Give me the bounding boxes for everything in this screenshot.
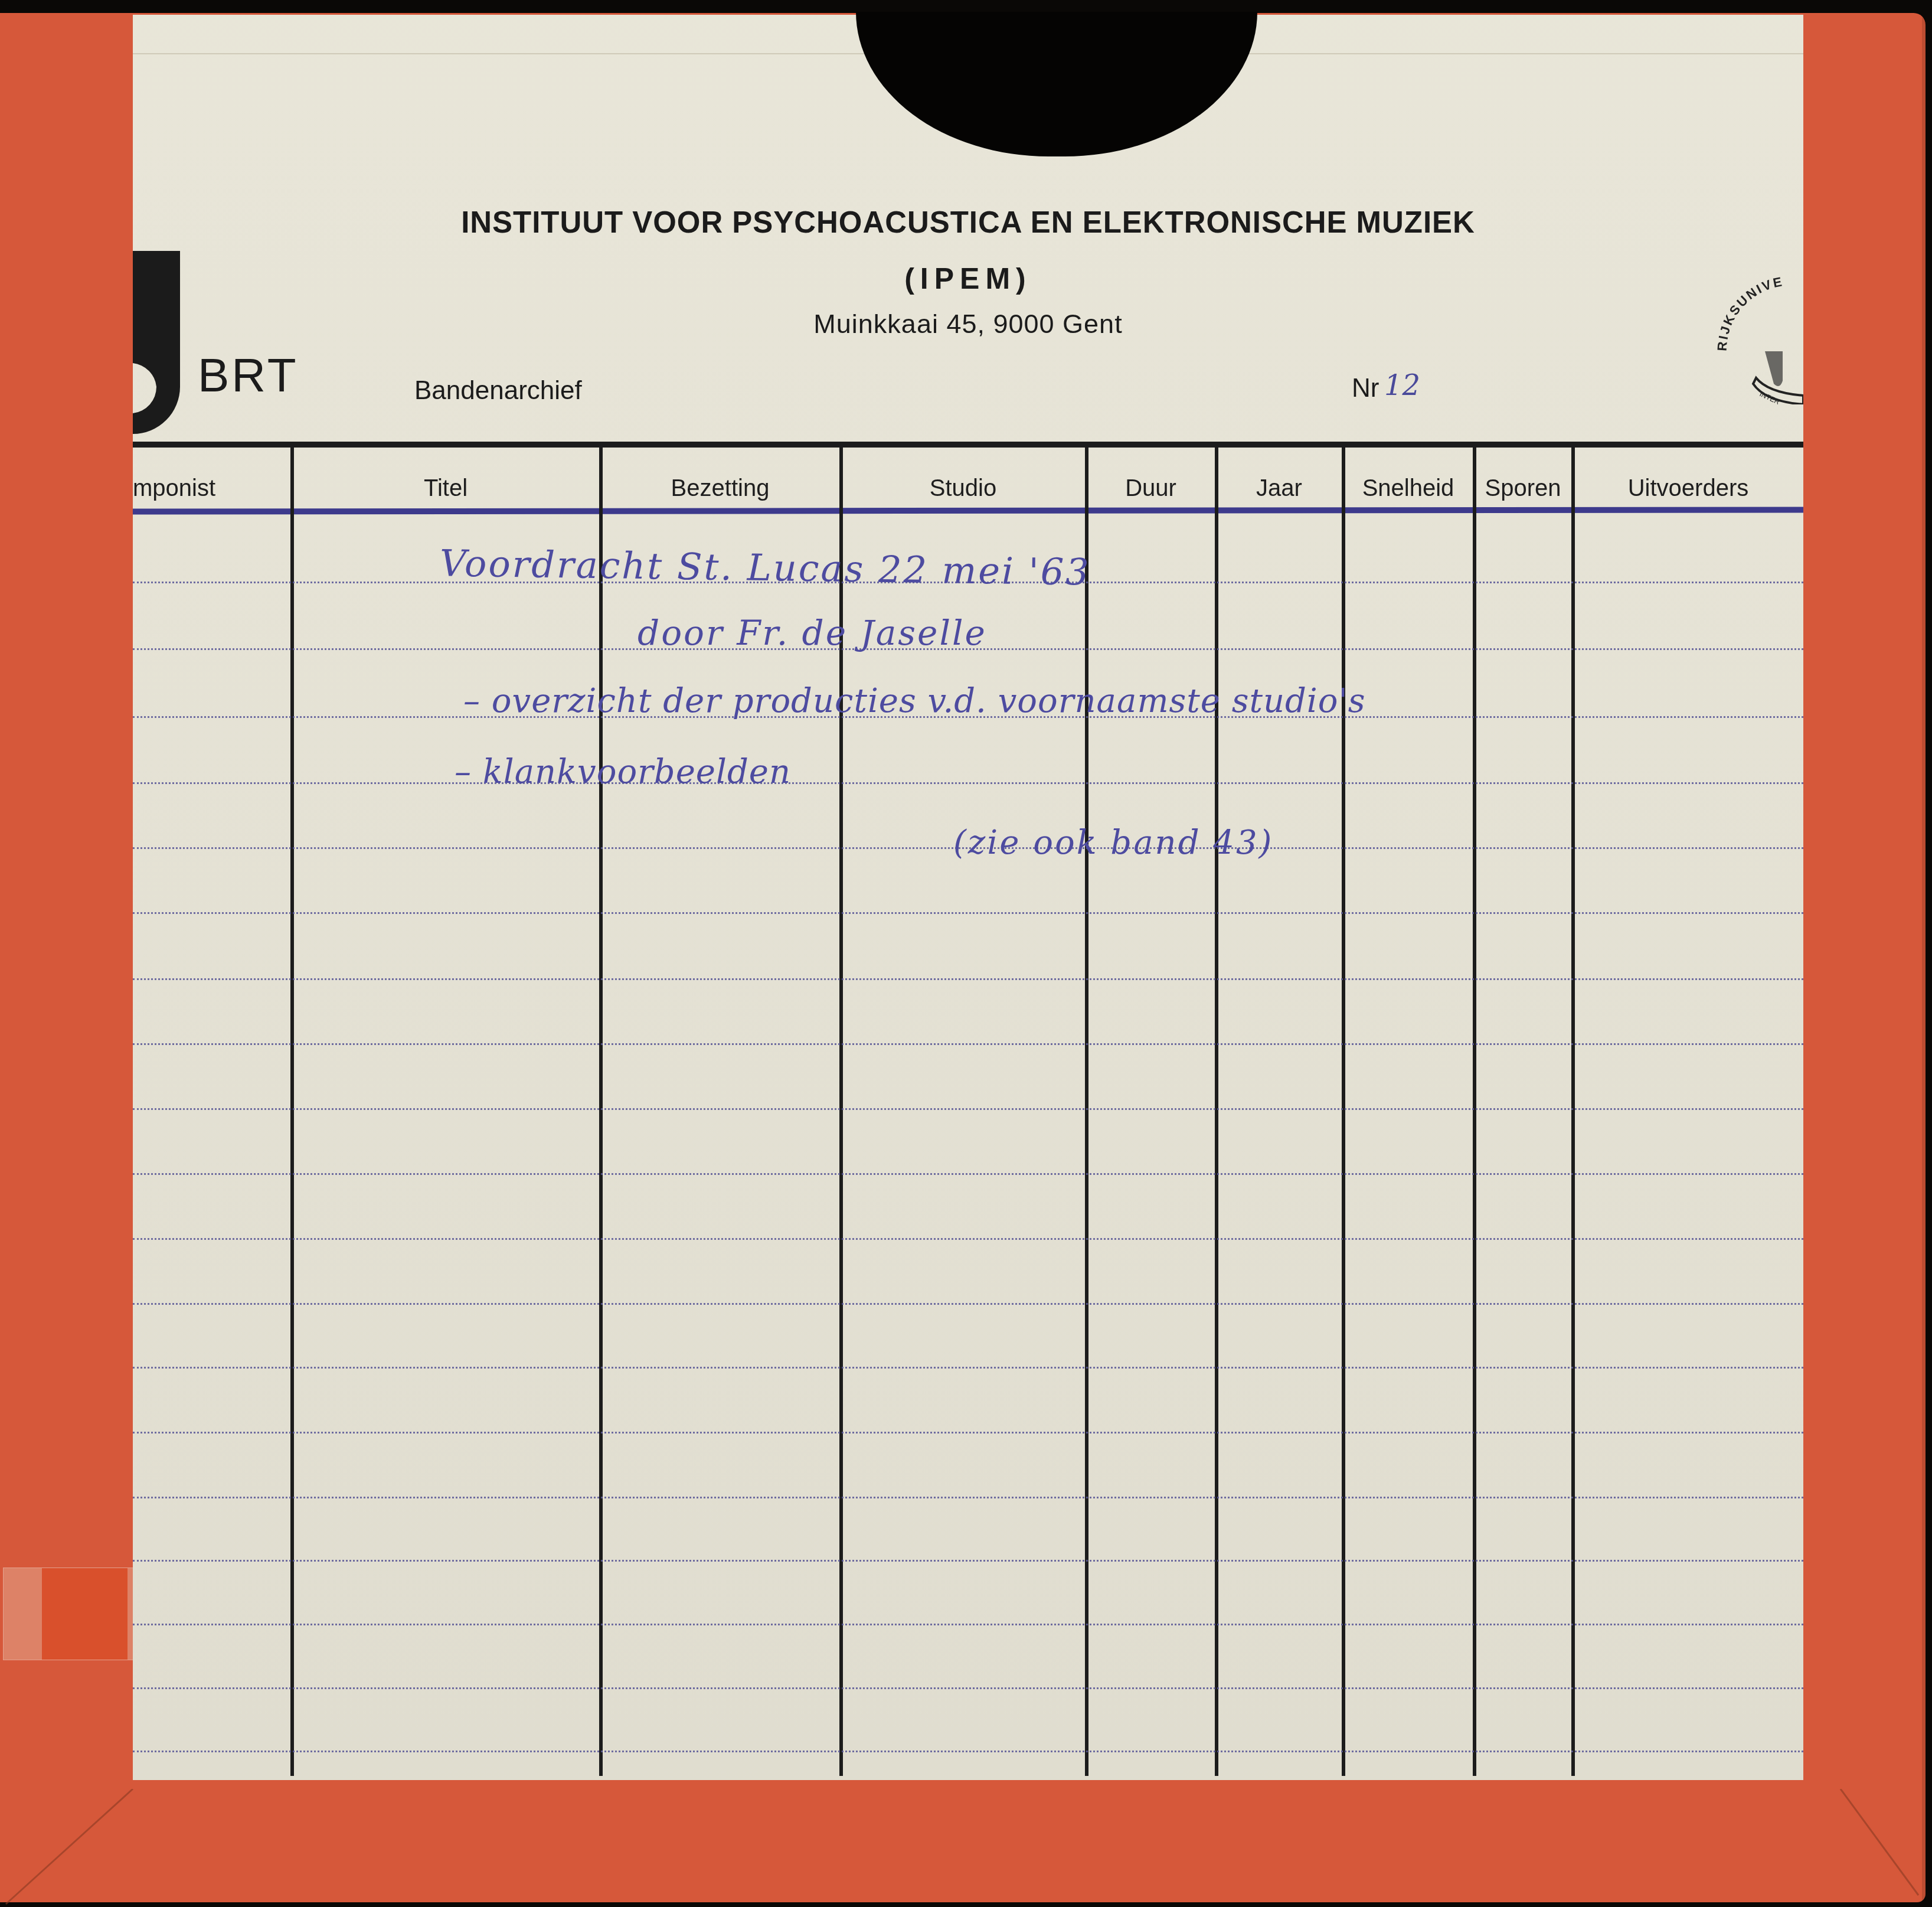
col-header-sporen: Sporen bbox=[1475, 475, 1571, 502]
col-header-titel: Titel bbox=[292, 475, 599, 502]
row-line bbox=[133, 1043, 1803, 1045]
col-header-bezetting: Bezetting bbox=[601, 475, 839, 502]
brt-logo-icon bbox=[133, 251, 180, 440]
row-line bbox=[133, 1367, 1803, 1369]
row-line bbox=[133, 1687, 1803, 1689]
column-divider bbox=[290, 448, 294, 1776]
university-stamp-icon: RIJKSUNIVE INTER bbox=[1709, 263, 1803, 404]
svg-text:RIJKSUNIVE: RIJKSUNIVE bbox=[1715, 274, 1785, 351]
column-divider bbox=[1473, 448, 1476, 1776]
row-line bbox=[133, 1108, 1803, 1110]
column-header-underline bbox=[133, 507, 1803, 515]
institute-abbreviation: (IPEM) bbox=[133, 262, 1803, 296]
reel-notch-cutout bbox=[856, 12, 1257, 156]
row-line bbox=[133, 1560, 1803, 1562]
institute-address: Muinkkaai 45, 9000 Gent bbox=[133, 309, 1803, 339]
bottom-flap-folds bbox=[0, 1789, 1926, 1907]
handwritten-cross-reference: (zie ook band 43) bbox=[953, 824, 1273, 862]
handwritten-title-line: Voordracht St. Lucas 22 mei '63 bbox=[440, 541, 1091, 593]
number-value: 12 bbox=[1384, 369, 1420, 402]
col-header-jaar: Jaar bbox=[1217, 475, 1342, 502]
row-line bbox=[133, 1303, 1803, 1305]
column-divider bbox=[1085, 448, 1088, 1776]
brt-label: BRT bbox=[198, 348, 299, 403]
archive-label: Bandenarchief bbox=[414, 376, 582, 406]
column-divider bbox=[1215, 448, 1218, 1776]
row-line bbox=[133, 1497, 1803, 1498]
row-line bbox=[133, 1432, 1803, 1433]
row-line bbox=[133, 978, 1803, 980]
column-divider bbox=[599, 448, 603, 1776]
row-line bbox=[133, 1238, 1803, 1240]
row-line bbox=[133, 912, 1803, 914]
column-divider bbox=[1342, 448, 1345, 1776]
row-line bbox=[133, 782, 1803, 784]
row-line bbox=[133, 1624, 1803, 1625]
col-header-duur: Duur bbox=[1087, 475, 1215, 502]
handwritten-item-overview: – overzicht der producties v.d. voornaam… bbox=[463, 682, 1366, 720]
row-line bbox=[133, 1173, 1803, 1175]
institute-name: INSTITUUT VOOR PSYCHOACUSTICA EN ELEKTRO… bbox=[149, 205, 1786, 240]
col-header-componist: mponist bbox=[133, 475, 290, 502]
header-rule bbox=[133, 442, 1803, 448]
handwritten-author-line: door Fr. de Jaselle bbox=[638, 613, 987, 653]
col-header-snelheid: Snelheid bbox=[1343, 475, 1473, 502]
tape-strip bbox=[3, 1568, 149, 1660]
col-header-uitvoerders: Uitvoerders bbox=[1573, 475, 1803, 502]
col-header-studio: Studio bbox=[841, 475, 1085, 502]
frame-edge-shadow bbox=[1922, 18, 1926, 1901]
number-label: Nr bbox=[1352, 374, 1379, 403]
row-line bbox=[133, 1751, 1803, 1752]
handwritten-item-sound-examples: – klankvoorbeelden bbox=[455, 753, 791, 791]
archive-card: INSTITUUT VOOR PSYCHOACUSTICA EN ELEKTRO… bbox=[133, 15, 1803, 1780]
column-divider bbox=[1571, 448, 1575, 1776]
